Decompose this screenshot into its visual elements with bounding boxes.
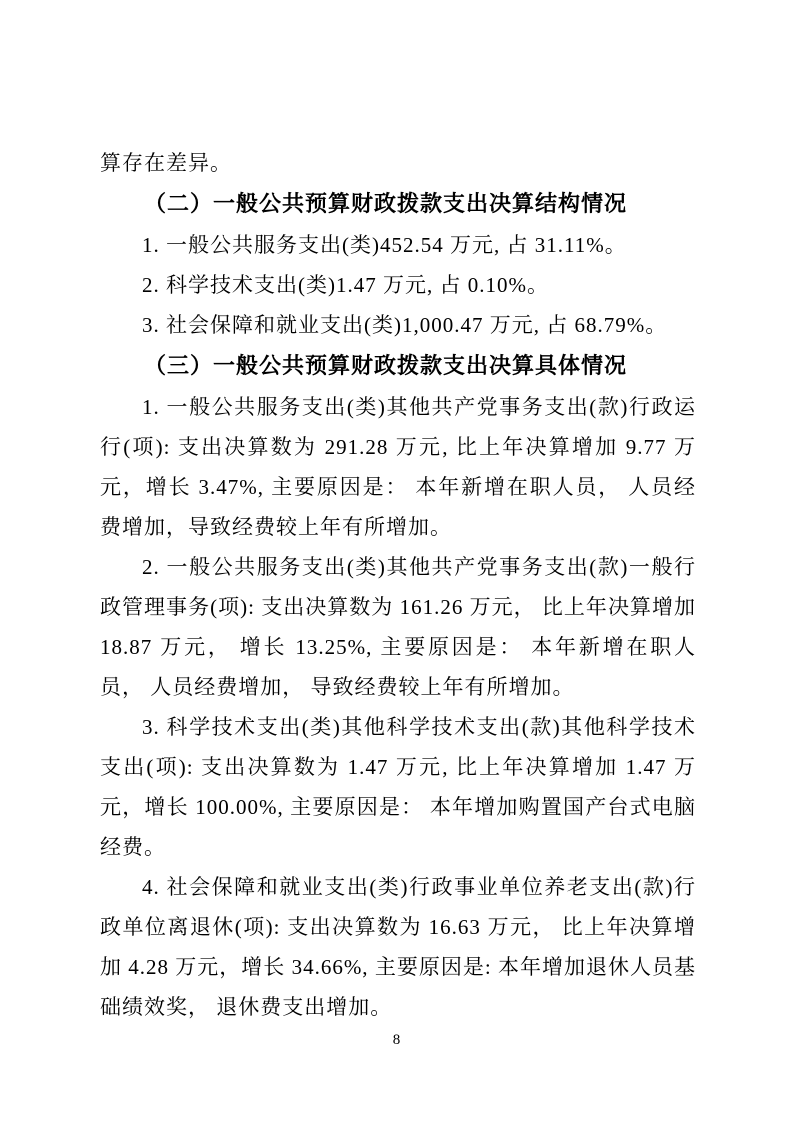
section-3-paragraph-4: 4. 社会保障和就业支出(类)行政事业单位养老支出(款)行政单位离退休(项): …	[100, 867, 696, 1027]
section-2-item-3: 3. 社会保障和就业支出(类)1,000.47 万元, 占 68.79%。	[100, 305, 696, 345]
document-body: 算存在差异。 （二）一般公共预算财政拨款支出决算结构情况 1. 一般公共服务支出…	[100, 143, 696, 1027]
section-3-paragraph-1: 1. 一般公共服务支出(类)其他共产党事务支出(款)行政运行(项): 支出决算数…	[100, 387, 696, 547]
section-2-item-2: 2. 科学技术支出(类)1.47 万元, 占 0.10%。	[100, 265, 696, 305]
section-3-heading: （三）一般公共预算财政拨款支出决算具体情况	[100, 345, 696, 387]
section-2-item-1: 1. 一般公共服务支出(类)452.54 万元, 占 31.11%。	[100, 225, 696, 265]
section-3-paragraph-2: 2. 一般公共服务支出(类)其他共产党事务支出(款)一般行政管理事务(项): 支…	[100, 547, 696, 707]
section-3-paragraph-3: 3. 科学技术支出(类)其他科学技术支出(款)其他科学技术支出(项): 支出决算…	[100, 707, 696, 867]
document-page: 算存在差异。 （二）一般公共预算财政拨款支出决算结构情况 1. 一般公共服务支出…	[0, 0, 793, 1122]
section-2-heading: （二）一般公共预算财政拨款支出决算结构情况	[100, 183, 696, 225]
page-number: 8	[0, 1030, 793, 1050]
intro-continuation-line: 算存在差异。	[100, 143, 696, 183]
